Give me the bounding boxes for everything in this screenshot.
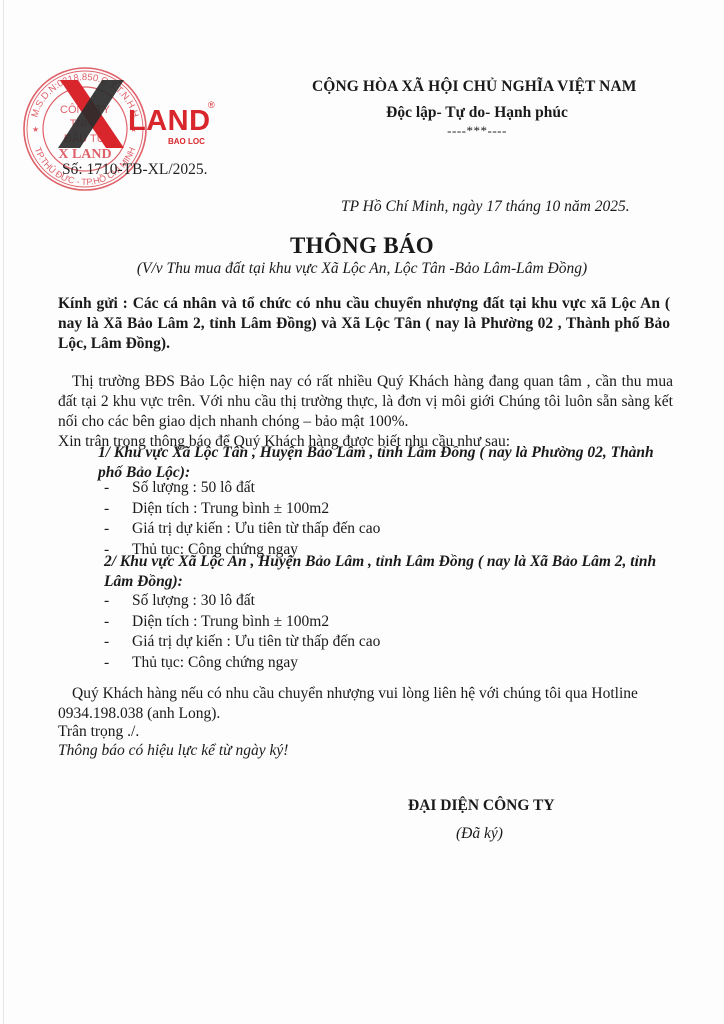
section-2-title: 2/ Khu vực Xã Lộc An , Huyện Bảo Lâm , t… (104, 552, 674, 592)
scan-edge (3, 0, 4, 1024)
document-number: Số: 1710-TB-XL/2025. (62, 161, 208, 179)
national-motto: Độc lập- Tự do- Hạnh phúc (0, 104, 724, 122)
section-1-title: 1/ Khu vực Xã Lộc Tân , Huyện Bảo Lâm , … (98, 443, 668, 483)
list-item: Số lượng : 30 lô đất (104, 591, 380, 612)
regards: Trân trọng ./. (58, 723, 139, 741)
motto-separator: ----***---- (0, 123, 724, 139)
signed-note: (Đã ký) (456, 825, 503, 843)
notice-subtitle: (V/v Thu mua đất tại khu vực Xã Lộc An, … (0, 260, 724, 278)
hotline: 0934.198.038 (anh Long). (58, 705, 220, 722)
contact-line: Quý Khách hàng nếu có nhu cầu chuyển như… (58, 684, 678, 704)
validity-note: Thông báo có hiệu lực kể từ ngày ký! (58, 742, 288, 760)
place-date: TP Hồ Chí Minh, ngày 17 tháng 10 năm 202… (341, 198, 630, 216)
addressee: Kính gửi : Các cá nhân và tổ chức có nhu… (58, 294, 670, 354)
list-item: Số lượng : 50 lô đất (104, 478, 380, 499)
company-representative: ĐẠI DIỆN CÔNG TY (408, 797, 555, 815)
notice-title: THÔNG BÁO (0, 233, 724, 259)
national-title: CỘNG HÒA XÃ HỘI CHỦ NGHĨA VIỆT NAM (312, 78, 637, 96)
intro-paragraph: Thị trường BĐS Bảo Lộc hiện nay có rất n… (58, 372, 673, 432)
section-2-list: Số lượng : 30 lô đất Diện tích : Trung b… (104, 591, 380, 673)
list-item: Diện tích : Trung bình ± 100m2 (104, 612, 380, 633)
contact-paragraph: Quý Khách hàng nếu có nhu cầu chuyển như… (58, 684, 678, 724)
list-item: Giá trị dự kiến : Ưu tiên từ thấp đến ca… (104, 519, 380, 540)
section-1-list: Số lượng : 50 lô đất Diện tích : Trung b… (104, 478, 380, 560)
list-item: Giá trị dự kiến : Ưu tiên từ thấp đến ca… (104, 632, 380, 653)
list-item: Diện tích : Trung bình ± 100m2 (104, 499, 380, 520)
list-item: Thủ tục: Công chứng ngay (104, 653, 380, 674)
